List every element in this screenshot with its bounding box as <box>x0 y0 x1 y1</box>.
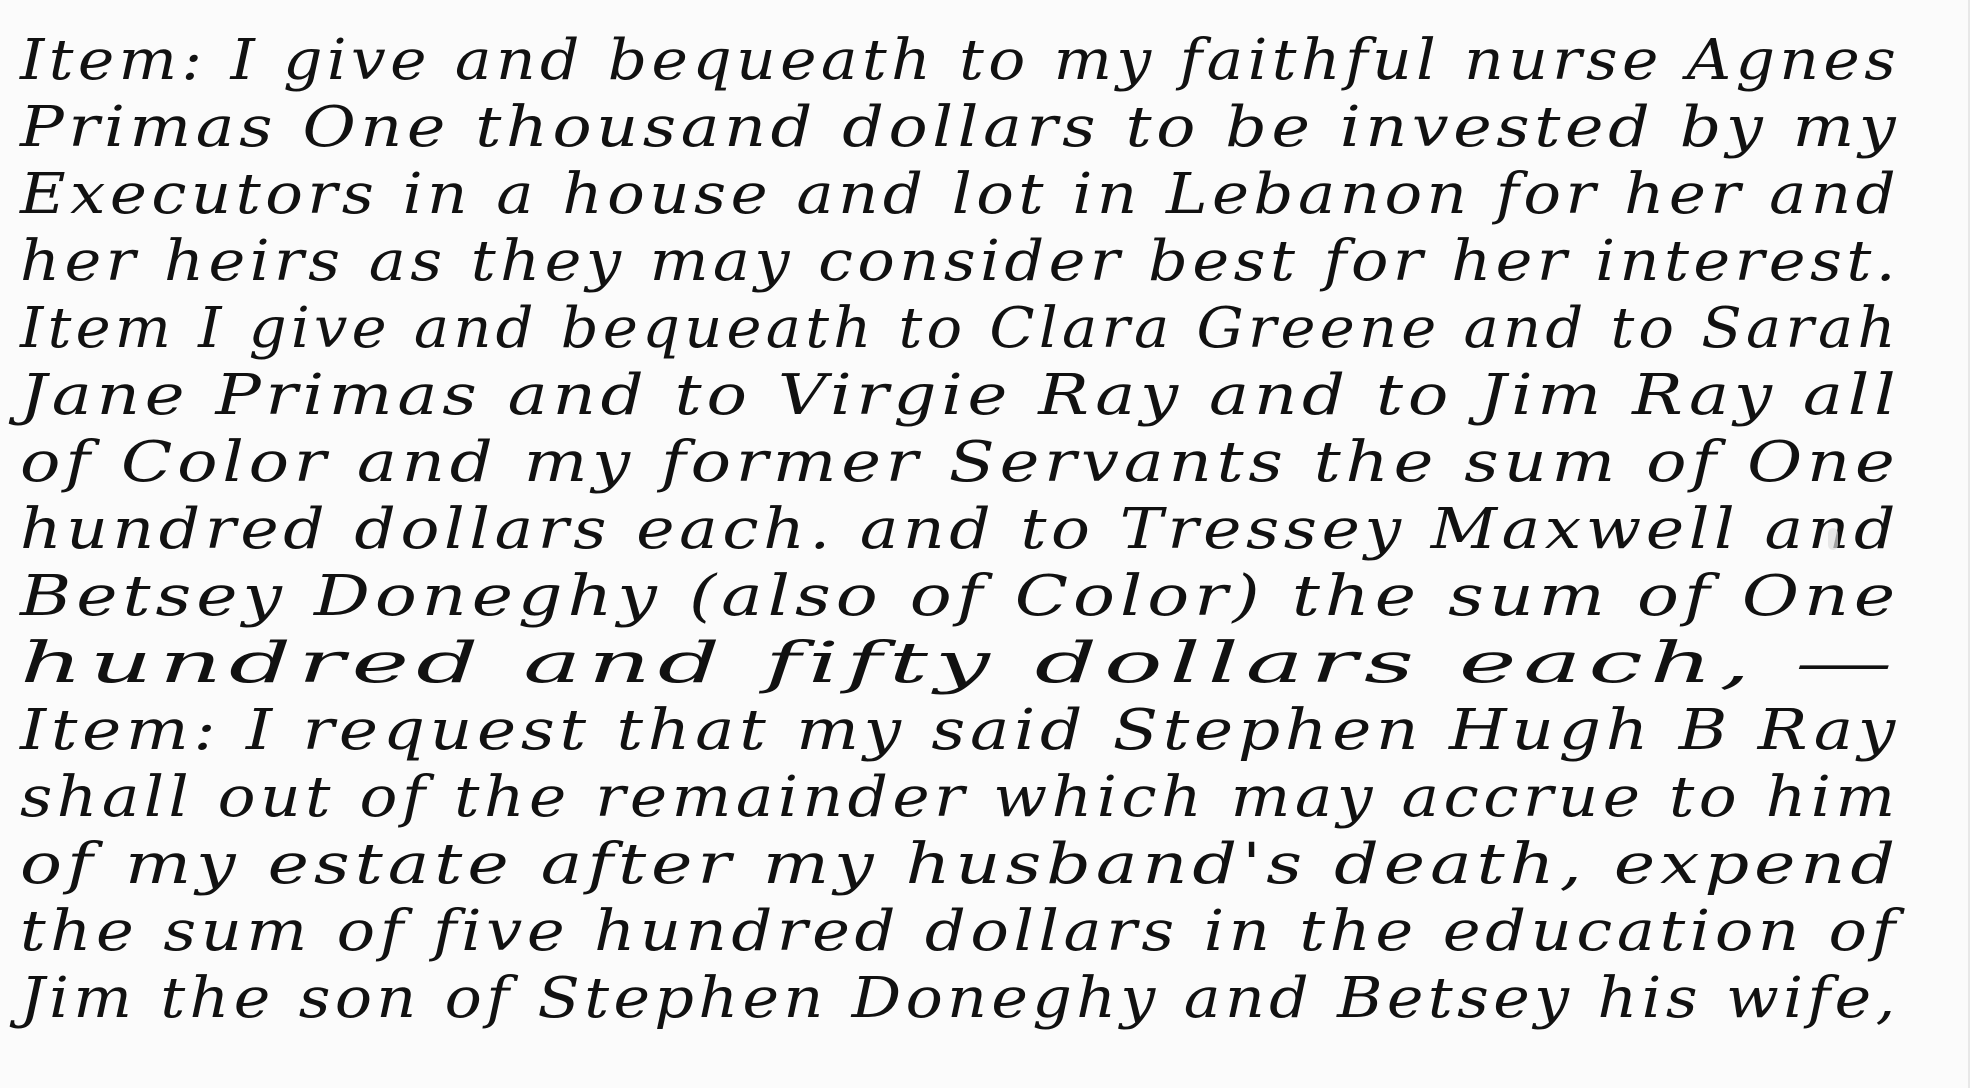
text-line-13: of my estate after my husband's death, e… <box>20 832 1900 897</box>
text-line-10: hundred and fifty dollars each, — <box>20 631 1899 696</box>
text-line-4: her heirs as they may consider best for … <box>20 229 1900 294</box>
text-line-3: Executors in a house and lot in Lebanon … <box>20 162 1900 227</box>
scan-mark <box>1828 528 1838 550</box>
text-line-5: Item I give and bequeath to Clara Greene… <box>20 296 1900 361</box>
text-line-7: of Color and my former Servants the sum … <box>20 430 1900 495</box>
document-page: Item: I give and bequeath to my faithful… <box>0 0 1970 1088</box>
text-line-11: Item: I request that my said Stephen Hug… <box>20 698 1900 763</box>
text-line-12: shall out of the remainder which may acc… <box>20 765 1900 830</box>
text-line-6: Jane Primas and to Virgie Ray and to Jim… <box>20 363 1900 428</box>
text-line-9: Betsey Doneghy (also of Color) the sum o… <box>20 564 1900 629</box>
text-line-1: Item: I give and bequeath to my faithful… <box>20 28 1900 93</box>
text-line-8: hundred dollars each. and to Tressey Max… <box>20 497 1900 562</box>
text-line-2: Primas One thousand dollars to be invest… <box>20 95 1900 160</box>
text-line-14: the sum of five hundred dollars in the e… <box>20 899 1900 964</box>
text-line-15: Jim the son of Stephen Doneghy and Betse… <box>20 966 1900 1031</box>
